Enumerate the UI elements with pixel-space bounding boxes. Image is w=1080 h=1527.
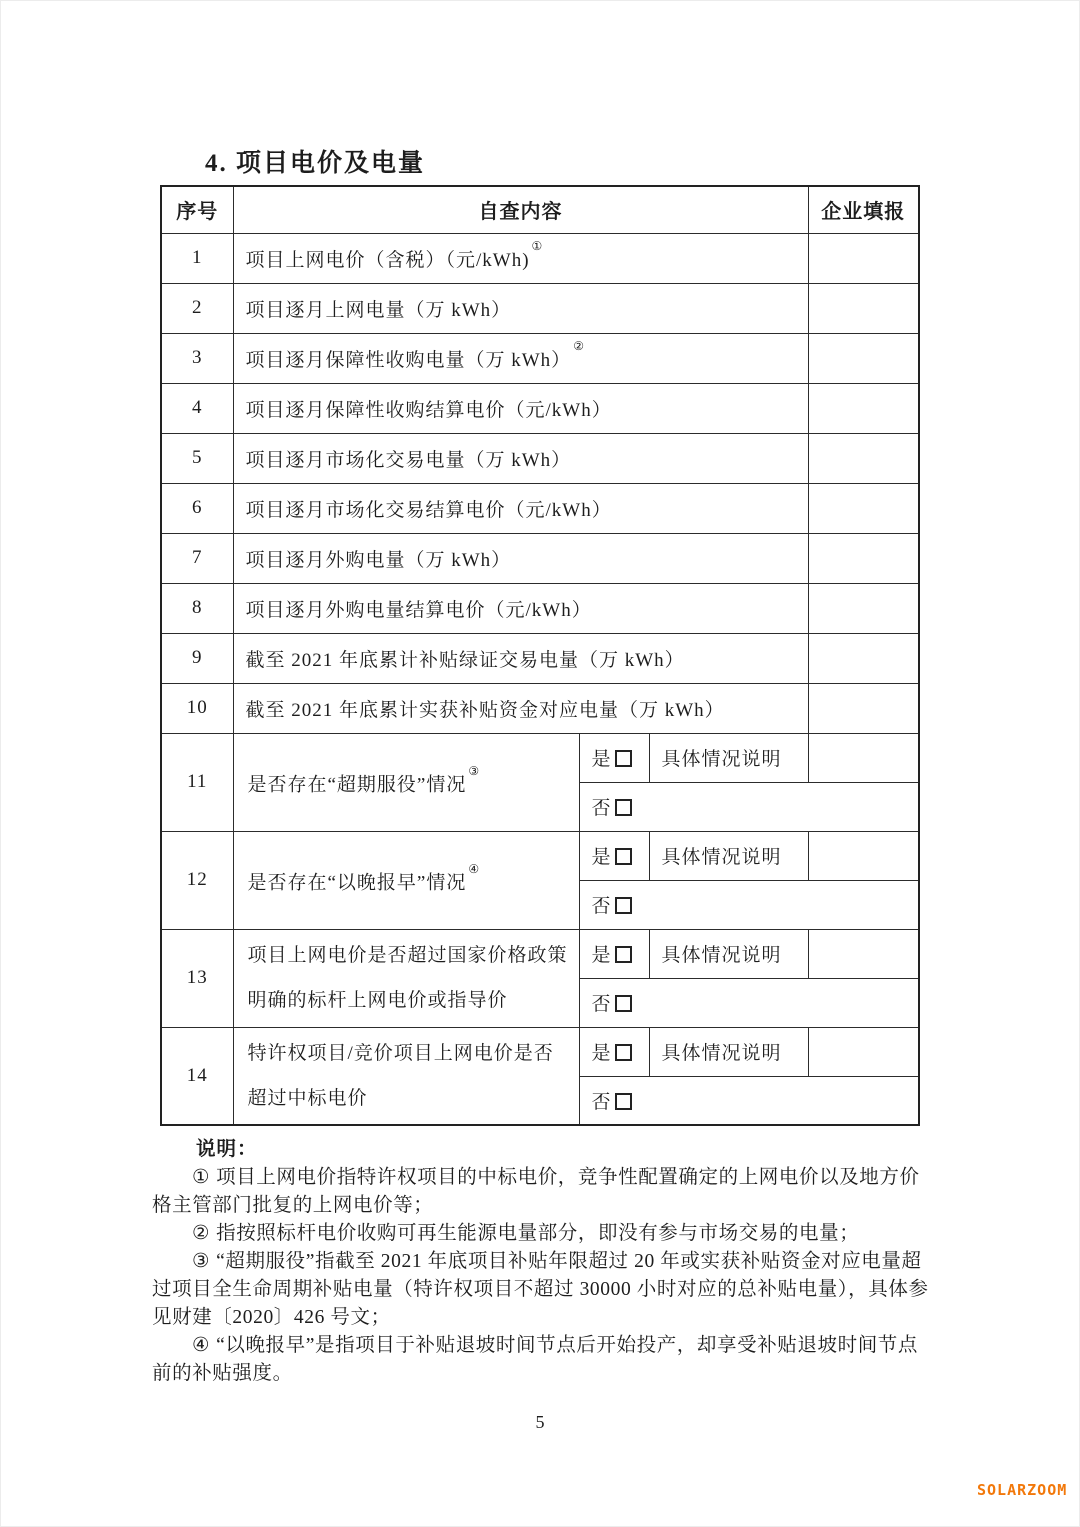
note-text: 指按照标杆电价收购可再生能源电量部分，即没有参与市场交易的电量； [216, 1223, 859, 1244]
row-question: 特许权项目/竞价项目上网电价是否超过中标电价 [233, 1027, 579, 1125]
fill-cell[interactable] [808, 831, 919, 880]
fill-cell[interactable] [808, 383, 919, 433]
row-number: 9 [161, 633, 233, 683]
row-question: 是否存在“超期服役”情况③ [233, 733, 579, 831]
no-checkbox[interactable] [615, 995, 632, 1012]
fill-cell[interactable] [808, 683, 919, 733]
footnote-marker: ① [532, 239, 543, 253]
fill-cell[interactable] [808, 333, 919, 383]
row-number: 12 [161, 831, 233, 929]
row-content: 项目逐月市场化交易结算电价（元/kWh） [233, 483, 808, 533]
no-checkbox[interactable] [615, 897, 632, 914]
table-row: 6项目逐月市场化交易结算电价（元/kWh） [161, 483, 919, 533]
row-content: 项目逐月保障性收购电量（万 kWh）② [233, 333, 808, 383]
section-title: 4. 项目电价及电量 [205, 143, 425, 179]
yes-option-cell: 是 [579, 1027, 649, 1076]
note-text: “超期服役”指截至 2021 年底项目补贴年限超过 20 年或实获补贴资金对应电… [152, 1251, 929, 1328]
row-number: 13 [161, 929, 233, 1027]
no-checkbox[interactable] [615, 1093, 632, 1110]
note-marker: ① [192, 1167, 210, 1188]
note-marker: ④ [192, 1335, 210, 1356]
row-number: 3 [161, 333, 233, 383]
detail-label-cell: 具体情况说明 [649, 733, 808, 782]
col-header-fill: 企业填报 [808, 186, 919, 233]
table-row: 3项目逐月保障性收购电量（万 kWh）② [161, 333, 919, 383]
fill-cell[interactable] [808, 433, 919, 483]
document-page: 4. 项目电价及电量 序号 自查内容 企业填报 1项目上网电价（含税）（元/kW… [0, 0, 1080, 1527]
row-number: 4 [161, 383, 233, 433]
no-option-cell: 否 [579, 782, 919, 831]
no-option-cell: 否 [579, 1076, 919, 1125]
notes-section: 说明： ①项目上网电价指特许权项目的中标电价，竞争性配置确定的上网电价以及地方价… [152, 1136, 938, 1388]
table-row: 8项目逐月外购电量结算电价（元/kWh） [161, 583, 919, 633]
yes-checkbox[interactable] [615, 1044, 632, 1061]
note-item: ②指按照标杆电价收购可再生能源电量部分，即没有参与市场交易的电量； [152, 1220, 938, 1248]
detail-label-cell: 具体情况说明 [649, 929, 808, 978]
no-checkbox[interactable] [615, 799, 632, 816]
fill-cell[interactable] [808, 233, 919, 283]
table-row: 14特许权项目/竞价项目上网电价是否超过中标电价是具体情况说明 [161, 1027, 919, 1076]
table-row: 7项目逐月外购电量（万 kWh） [161, 533, 919, 583]
row-number: 11 [161, 733, 233, 831]
yes-checkbox[interactable] [615, 946, 632, 963]
footnote-marker: ④ [468, 862, 479, 876]
row-number: 10 [161, 683, 233, 733]
yes-option-cell: 是 [579, 929, 649, 978]
notes-label: 说明： [196, 1136, 938, 1164]
row-number: 2 [161, 283, 233, 333]
row-number: 5 [161, 433, 233, 483]
no-option-cell: 否 [579, 978, 919, 1027]
row-question: 项目上网电价是否超过国家价格政策明确的标杆上网电价或指导价 [233, 929, 579, 1027]
row-content: 项目逐月外购电量结算电价（元/kWh） [233, 583, 808, 633]
row-content: 项目上网电价（含税）（元/kWh)① [233, 233, 808, 283]
row-content: 项目逐月市场化交易电量（万 kWh） [233, 433, 808, 483]
table-row: 13项目上网电价是否超过国家价格政策明确的标杆上网电价或指导价是具体情况说明 [161, 929, 919, 978]
fill-cell[interactable] [808, 283, 919, 333]
footnote-marker: ② [573, 339, 584, 353]
row-content: 项目逐月外购电量（万 kWh） [233, 533, 808, 583]
fill-cell[interactable] [808, 583, 919, 633]
note-text: “以晚报早”是指项目于补贴退坡时间节点后开始投产，却享受补贴退坡时间节点前的补贴… [152, 1335, 918, 1384]
note-item: ④“以晚报早”是指项目于补贴退坡时间节点后开始投产，却享受补贴退坡时间节点前的补… [152, 1332, 938, 1388]
row-question: 是否存在“以晚报早”情况④ [233, 831, 579, 929]
row-content: 截至 2021 年底累计补贴绿证交易电量（万 kWh） [233, 633, 808, 683]
table-row: 11是否存在“超期服役”情况③是具体情况说明 [161, 733, 919, 782]
note-marker: ③ [192, 1251, 210, 1272]
fill-cell[interactable] [808, 483, 919, 533]
page-number: 5 [0, 1412, 1080, 1433]
self-check-table: 序号 自查内容 企业填报 1项目上网电价（含税）（元/kWh)①2项目逐月上网电… [160, 185, 920, 1126]
table-row: 2项目逐月上网电量（万 kWh） [161, 283, 919, 333]
row-number: 14 [161, 1027, 233, 1125]
row-number: 1 [161, 233, 233, 283]
fill-cell[interactable] [808, 929, 919, 978]
table-row: 10截至 2021 年底累计实获补贴资金对应电量（万 kWh） [161, 683, 919, 733]
fill-cell[interactable] [808, 1027, 919, 1076]
yes-option-cell: 是 [579, 831, 649, 880]
table-row: 5项目逐月市场化交易电量（万 kWh） [161, 433, 919, 483]
row-content: 截至 2021 年底累计实获补贴资金对应电量（万 kWh） [233, 683, 808, 733]
col-header-content: 自查内容 [233, 186, 808, 233]
watermark-logo: SOLARZOOM [977, 1481, 1067, 1499]
note-item: ①项目上网电价指特许权项目的中标电价，竞争性配置确定的上网电价以及地方价格主管部… [152, 1164, 938, 1220]
table-row: 4项目逐月保障性收购结算电价（元/kWh） [161, 383, 919, 433]
col-header-num: 序号 [161, 186, 233, 233]
row-number: 8 [161, 583, 233, 633]
yes-checkbox[interactable] [615, 750, 632, 767]
row-content: 项目逐月保障性收购结算电价（元/kWh） [233, 383, 808, 433]
row-content: 项目逐月上网电量（万 kWh） [233, 283, 808, 333]
detail-label-cell: 具体情况说明 [649, 1027, 808, 1076]
table-header-row: 序号 自查内容 企业填报 [161, 186, 919, 233]
row-number: 7 [161, 533, 233, 583]
detail-label-cell: 具体情况说明 [649, 831, 808, 880]
table-row: 12是否存在“以晚报早”情况④是具体情况说明 [161, 831, 919, 880]
fill-cell[interactable] [808, 733, 919, 782]
note-marker: ② [192, 1223, 210, 1244]
no-option-cell: 否 [579, 880, 919, 929]
footnote-marker: ③ [468, 764, 479, 778]
fill-cell[interactable] [808, 533, 919, 583]
fill-cell[interactable] [808, 633, 919, 683]
yes-option-cell: 是 [579, 733, 649, 782]
row-number: 6 [161, 483, 233, 533]
table-body: 1项目上网电价（含税）（元/kWh)①2项目逐月上网电量（万 kWh）3项目逐月… [161, 233, 919, 1125]
table-row: 1项目上网电价（含税）（元/kWh)① [161, 233, 919, 283]
yes-checkbox[interactable] [615, 848, 632, 865]
note-item: ③“超期服役”指截至 2021 年底项目补贴年限超过 20 年或实获补贴资金对应… [152, 1248, 938, 1332]
table-row: 9截至 2021 年底累计补贴绿证交易电量（万 kWh） [161, 633, 919, 683]
note-text: 项目上网电价指特许权项目的中标电价，竞争性配置确定的上网电价以及地方价格主管部门… [152, 1167, 920, 1216]
